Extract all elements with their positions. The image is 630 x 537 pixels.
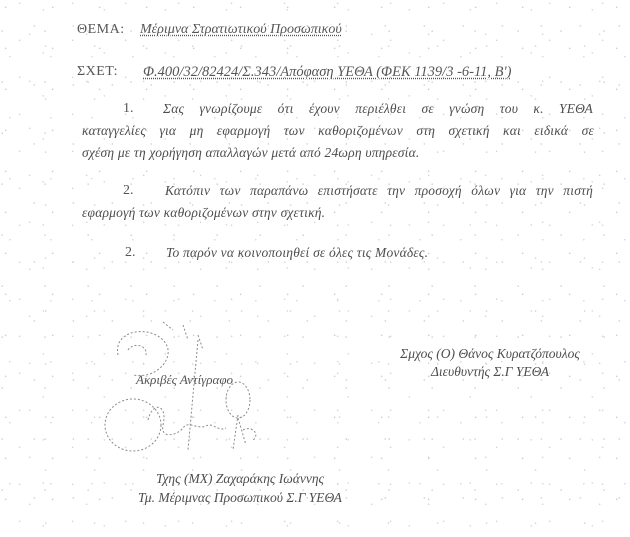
subject-label: ΘΕΜΑ: <box>77 22 125 38</box>
paragraph-1-number: 1. <box>123 101 134 117</box>
signatory-name: Σμχος (Ο) Θάνος Κυρατζόπουλος <box>360 346 620 362</box>
paragraph-1-line-2: καταγγελίες για μη εφαρμογή των καθοριζο… <box>82 123 594 139</box>
paragraph-3-number: 2. <box>125 245 136 261</box>
paragraph-2-number: 2. <box>123 183 134 199</box>
certifier-department: Τμ. Μέριμνας Προσωπικού Σ.Γ ΥΕΘΑ <box>100 490 380 506</box>
reference-value: Φ.400/32/82424/Σ.343/Απόφαση ΥΕΘΑ (ΦΕΚ 1… <box>143 64 511 81</box>
stamp-text: Ακριβές Αντίγραφο <box>136 372 233 388</box>
paragraph-3-line-1: Το παρόν να κοινοποιηθεί σε όλες τις Μον… <box>166 245 428 261</box>
certifier-name: Τχης (ΜΧ) Ζαχαράκης Ιωάννης <box>100 471 380 487</box>
reference-label: ΣΧΕΤ: <box>77 64 118 80</box>
paragraph-1-line-3: σχέση με τη χορήγηση απαλλαγών μετά από … <box>82 145 419 161</box>
subject-value: Μέριμνα Στρατιωτικού Προσωπικού <box>140 22 342 38</box>
paragraph-1-line-1: Σας γνωρίζουμε ότι έχουν περιέλθει σε γν… <box>163 101 593 117</box>
paragraph-2-line-1: Κατόπιν των παραπάνω επιστήσατε την προσ… <box>165 183 593 199</box>
paragraph-2-line-2: εφαρμογή των καθοριζομένων στην σχετική. <box>82 205 325 221</box>
certified-copy-stamp: Ακριβές Αντίγραφο <box>88 300 288 460</box>
signatory-title: Διευθυντής Σ.Γ ΥΕΘΑ <box>360 364 620 380</box>
